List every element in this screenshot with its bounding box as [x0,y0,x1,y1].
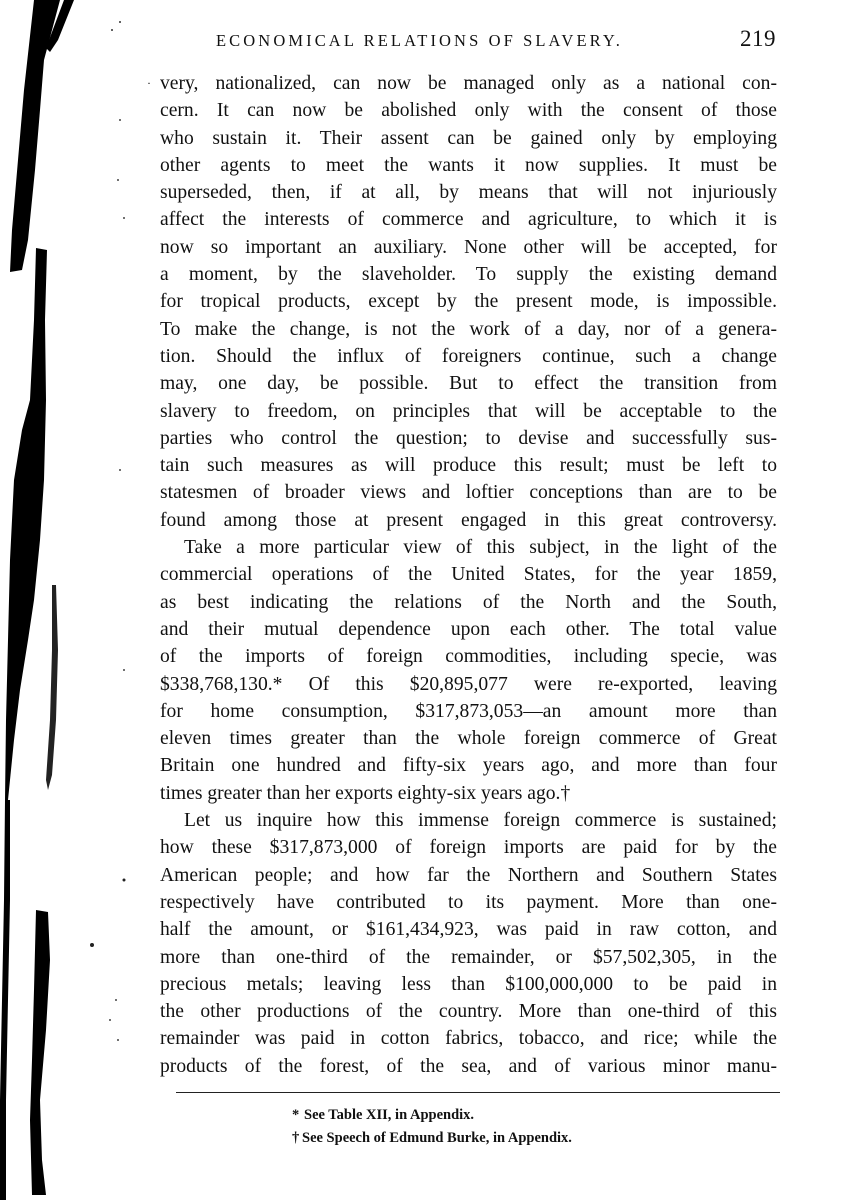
running-head: ECONOMICAL RELATIONS OF SLAVERY. 219 [216,26,776,56]
footnote-text: See Table XII, in Appendix. [304,1107,474,1123]
text-line: and their mutual dependence upon each ot… [160,616,777,643]
text-line: the other productions of the country. Mo… [160,998,777,1025]
text-line: $338,768,130.* Of this $20,895,077 were … [160,671,777,698]
text-line: who sustain it. Their assent can be gain… [160,125,777,152]
text-line: Britain one hundred and fifty-six years … [160,752,777,779]
text-line: parties who control the question; to dev… [160,425,777,452]
text-line: commercial operations of the United Stat… [160,561,777,588]
text-line: of the imports of foreign commodities, i… [160,643,777,670]
text-line: as best indicating the relations of the … [160,589,777,616]
text-line: remainder was paid in cotton fabrics, to… [160,1025,777,1052]
text-line: affect the interests of commerce and agr… [160,206,777,233]
text-line: tion. Should the influx of foreigners co… [160,343,777,370]
running-title: ECONOMICAL RELATIONS OF SLAVERY. [216,31,623,51]
text-line: other agents to meet the wants it now su… [160,152,777,179]
text-line: products of the forest, of the sea, and … [160,1053,777,1080]
footnote-asterisk: *See Table XII, in Appendix. [292,1104,712,1127]
footnote-dagger: †See Speech of Edmund Burke, in Appendix… [292,1127,712,1150]
text-line: for home consumption, $317,873,053—an am… [160,698,777,725]
footnote-text: See Speech of Edmund Burke, in Appendix. [302,1130,572,1146]
text-line: American people; and how far the Norther… [160,862,777,889]
text-line: precious metals; leaving less than $100,… [160,971,777,998]
paragraph-continuation: ·very, nationalized, can now be managed … [160,70,777,534]
text-line: To make the change, is not the work of a… [160,316,777,343]
text-line: a moment, by the slaveholder. To supply … [160,261,777,288]
dagger-mark: † [292,1127,302,1150]
text-line: times greater than her exports eighty-si… [160,780,777,807]
text-line: superseded, then, if at all, by means th… [160,179,777,206]
stray-mark: · [147,70,151,97]
asterisk-mark: * [292,1104,304,1127]
text-line: eleven times greater than the whole fore… [160,725,777,752]
footnotes: *See Table XII, in Appendix. †See Speech… [292,1104,712,1150]
page-number: 219 [740,26,776,52]
text-line: now so important an auxiliary. None othe… [160,234,777,261]
footnote-divider [176,1092,780,1093]
text-line: may, one day, be possible. But to effect… [160,370,777,397]
page-binding-shadow [0,0,140,1200]
text-line: Take a more particular view of this subj… [160,534,777,561]
text-line: found among those at present engaged in … [160,507,777,534]
text-line: slavery to freedom, on principles that w… [160,398,777,425]
text-line: statesmen of broader views and loftier c… [160,479,777,506]
paragraph-commercial-operations: Take a more particular view of this subj… [160,534,777,807]
text-line: tain such measures as will produce this … [160,452,777,479]
body-text: ·very, nationalized, can now be managed … [160,70,777,1080]
text-line: ·very, nationalized, can now be managed … [160,70,777,97]
text-line: Let us inquire how this immense foreign … [160,807,777,834]
text-line: half the amount, or $161,434,923, was pa… [160,916,777,943]
text-line: how these $317,873,000 of foreign import… [160,834,777,861]
paragraph-foreign-commerce: Let us inquire how this immense foreign … [160,807,777,1080]
text-line: for tropical products, except by the pre… [160,288,777,315]
text-line: respectively have contributed to its pay… [160,889,777,916]
text-line: cern. It can now be abolished only with … [160,97,777,124]
text-line: more than one-third of the remainder, or… [160,944,777,971]
book-page: ECONOMICAL RELATIONS OF SLAVERY. 219 ·ve… [0,0,847,1200]
